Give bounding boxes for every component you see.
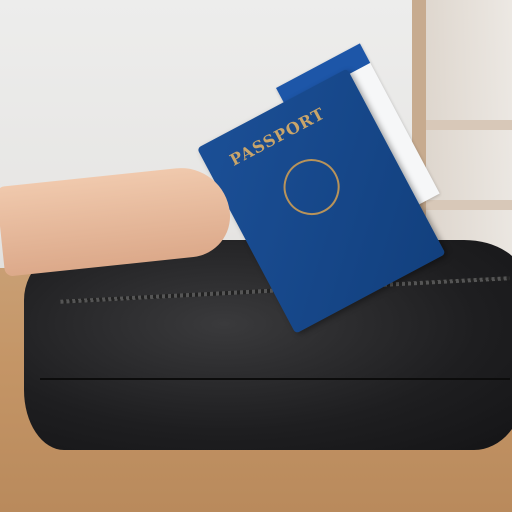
photo-scene: PASSPORT <box>0 0 512 512</box>
bag-seam <box>40 378 510 380</box>
shelf-board <box>426 120 512 130</box>
eagle-seal-icon <box>274 149 350 225</box>
shelf-board <box>426 200 512 210</box>
